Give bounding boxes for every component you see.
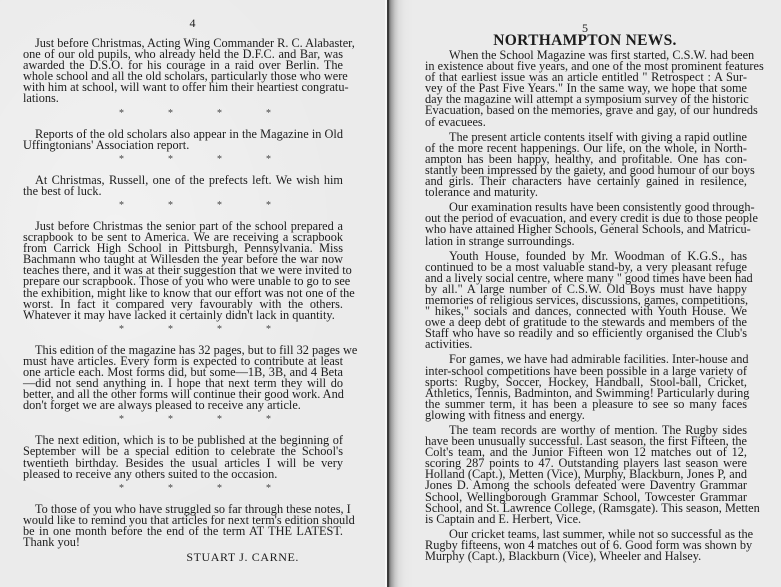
asterisk-icon: * bbox=[97, 483, 146, 494]
text-line: Staff who have so readily and so efficie… bbox=[425, 328, 747, 339]
paragraph: Our examination results have been consis… bbox=[425, 202, 747, 246]
paragraph: This edition of the magazine has 32 page… bbox=[23, 345, 343, 412]
page-number: 4 bbox=[0, 16, 385, 31]
section-separator: **** bbox=[23, 483, 343, 494]
paragraph: The present article contents itself with… bbox=[425, 132, 747, 199]
asterisk-icon: * bbox=[97, 414, 146, 425]
asterisk-icon: * bbox=[244, 200, 293, 211]
text-line: don't forget we are always pleased to re… bbox=[23, 400, 343, 411]
asterisk-icon: * bbox=[195, 200, 244, 211]
asterisk-icon: * bbox=[97, 324, 146, 335]
section-separator: **** bbox=[23, 414, 343, 425]
asterisk-icon: * bbox=[244, 108, 293, 119]
text-line: Whatever it may have lacked it certainly… bbox=[23, 310, 343, 321]
right-column-text: When the School Magazine was first start… bbox=[425, 50, 747, 566]
paragraph: Just before Christmas, Acting Wing Comma… bbox=[23, 38, 343, 105]
paragraph: For games, we have had admirable facilit… bbox=[425, 354, 747, 421]
author-signature: STUART J. CARNE. bbox=[23, 552, 343, 563]
right-page: 5 NORTHAMPTON NEWS. When the School Maga… bbox=[389, 0, 781, 587]
asterisk-icon: * bbox=[97, 108, 146, 119]
text-line: activities. bbox=[425, 339, 747, 350]
section-separator: **** bbox=[23, 154, 343, 165]
paragraph: To those of you who have struggled so fa… bbox=[23, 504, 343, 548]
asterisk-icon: * bbox=[244, 414, 293, 425]
text-line: of evacuees. bbox=[425, 117, 747, 128]
asterisk-icon: * bbox=[244, 154, 293, 165]
text-line: Uffingtonians' Association report. bbox=[23, 140, 343, 151]
asterisk-icon: * bbox=[97, 154, 146, 165]
left-column-text: Just before Christmas, Acting Wing Comma… bbox=[23, 38, 343, 563]
paragraph: When the School Magazine was first start… bbox=[425, 50, 747, 128]
asterisk-icon: * bbox=[146, 324, 195, 335]
asterisk-icon: * bbox=[146, 154, 195, 165]
text-line: lations. bbox=[23, 93, 343, 104]
paragraph: Reports of the old scholars also appear … bbox=[23, 129, 343, 151]
paragraph: Our cricket teams, last summer, while no… bbox=[425, 529, 747, 562]
text-line: is Captain and E. Herbert, Vice. bbox=[425, 514, 747, 525]
asterisk-icon: * bbox=[195, 154, 244, 165]
asterisk-icon: * bbox=[146, 200, 195, 211]
asterisk-icon: * bbox=[195, 324, 244, 335]
asterisk-icon: * bbox=[244, 483, 293, 494]
text-line: the best of luck. bbox=[23, 186, 343, 197]
asterisk-icon: * bbox=[146, 414, 195, 425]
paragraph: Youth House, founded by Mr. Woodman of K… bbox=[425, 251, 747, 351]
left-page: 4 Just before Christmas, Acting Wing Com… bbox=[0, 0, 385, 587]
asterisk-icon: * bbox=[195, 108, 244, 119]
text-line: Thank you! bbox=[23, 537, 343, 548]
text-line: tolerance and maturity. bbox=[425, 187, 747, 198]
text-line: with him at school, will want to offer h… bbox=[23, 82, 343, 93]
paragraph: At Christmas, Russell, one of the prefec… bbox=[23, 175, 343, 197]
paragraph: Just before Christmas the senior part of… bbox=[23, 221, 343, 321]
text-line: glowing with fitness and energy. bbox=[425, 410, 747, 421]
section-separator: **** bbox=[23, 324, 343, 335]
asterisk-icon: * bbox=[244, 324, 293, 335]
paragraph: The next edition, which is to be publish… bbox=[23, 435, 343, 479]
section-separator: **** bbox=[23, 200, 343, 211]
asterisk-icon: * bbox=[146, 483, 195, 494]
paragraph: The team records are worthy of mention. … bbox=[425, 425, 747, 525]
text-line: lation in strange surroundings. bbox=[425, 236, 747, 247]
text-line: pleased to receive any others suited to … bbox=[23, 469, 343, 480]
asterisk-icon: * bbox=[195, 483, 244, 494]
section-separator: **** bbox=[23, 108, 343, 119]
text-line: Murphy (Capt.), Blackburn (Vice), Wheele… bbox=[425, 551, 747, 562]
asterisk-icon: * bbox=[97, 200, 146, 211]
asterisk-icon: * bbox=[195, 414, 244, 425]
asterisk-icon: * bbox=[146, 108, 195, 119]
